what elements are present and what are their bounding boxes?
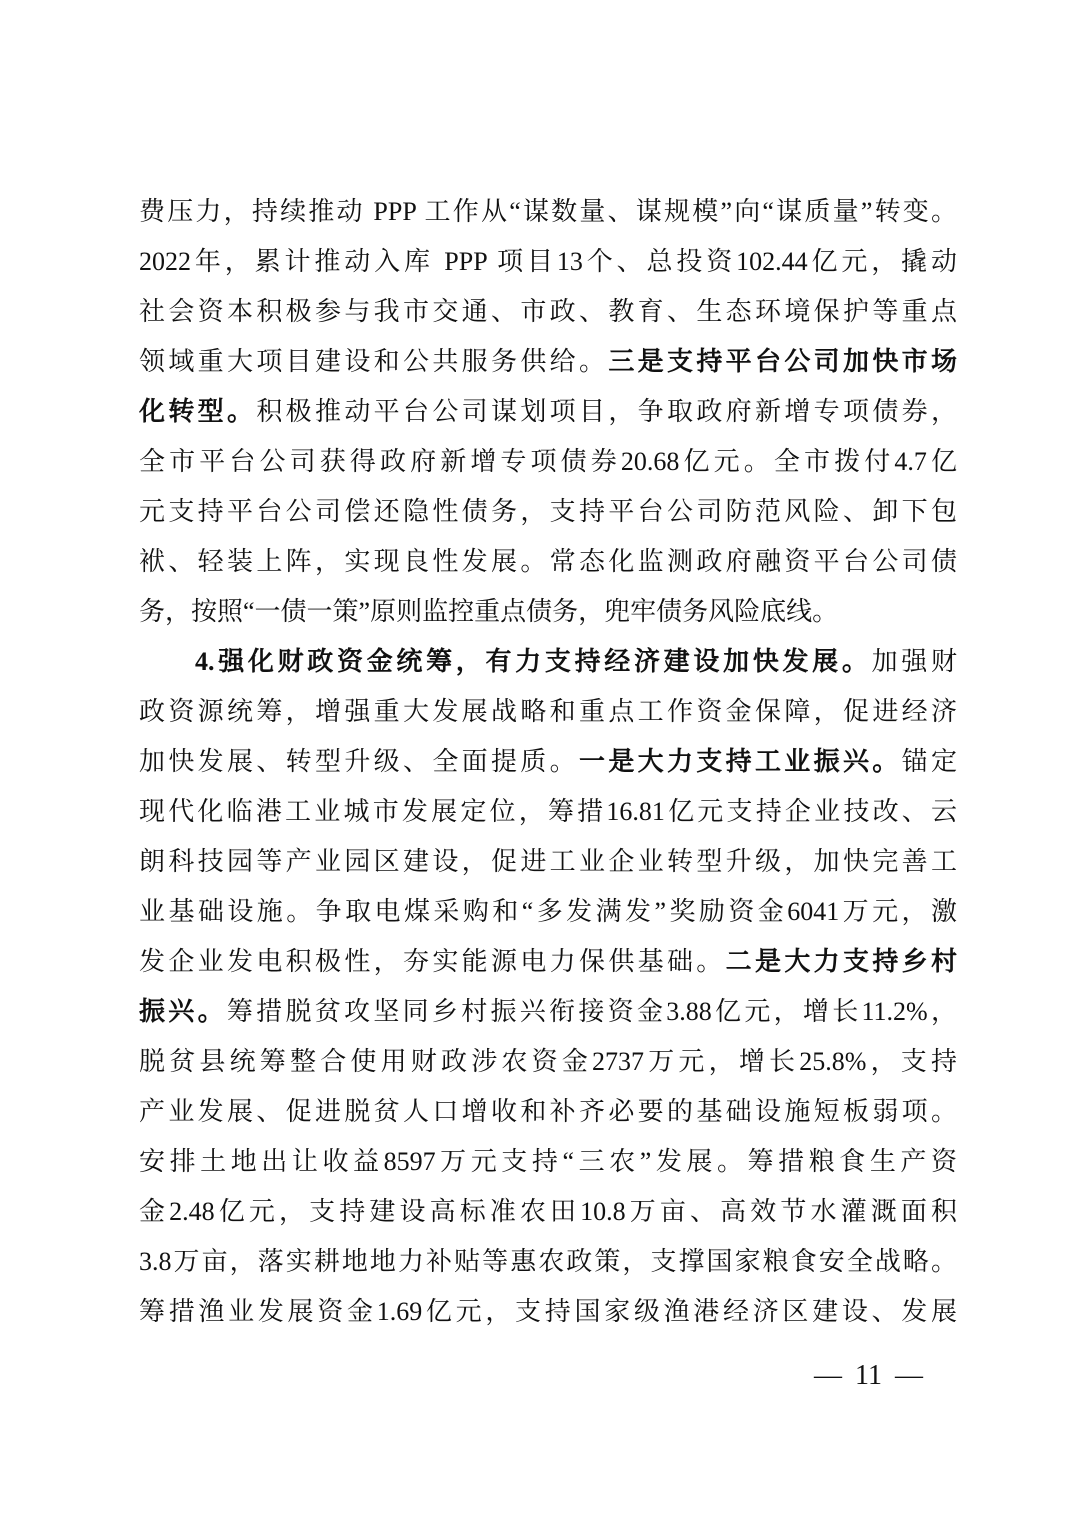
text-run: 朗科技园等产业园区建设，促进工业企业转型升级，加快完善工: [139, 847, 957, 876]
text-run: 筹措脱贫攻坚同乡村振兴衔接资金3.88亿元，增长11.2%，: [227, 997, 957, 1026]
text-run: 3.8万亩，落实耕地地力补贴等惠农政策，支撑国家粮食安全战略。: [139, 1247, 957, 1276]
bold-text-run: 三是支持平台公司加快市场: [608, 347, 957, 376]
text-run: 社会资本积极参与我市交通、市政、教育、生态环境保护等重点: [139, 297, 957, 326]
bold-text-run: 一是大力支持工业振兴。: [579, 747, 902, 776]
text-line: 业基础设施。争取电煤采购和“多发满发”奖励资金6041万元，激: [139, 887, 957, 937]
text-run: 筹措渔业发展资金1.69亿元，支持国家级渔港经济区建设、发展: [139, 1297, 957, 1326]
text-line: 费压力，持续推动 PPP 工作从“谋数量、谋规模”向“谋质量”转变。: [139, 187, 957, 237]
text-run: 政资源统筹，增强重大发展战略和重点工作资金保障，促进经济: [139, 697, 957, 726]
footer-dash-right: —: [895, 1360, 923, 1392]
text-line: 筹措渔业发展资金1.69亿元，支持国家级渔港经济区建设、发展: [139, 1287, 957, 1337]
text-run: 安排土地出让收益8597万元支持“三农”发展。筹措粮食生产资: [139, 1147, 957, 1176]
bold-text-run: 化转型。: [139, 397, 256, 426]
text-run: 脱贫县统筹整合使用财政涉农资金2737万元，增长25.8%，支持: [139, 1047, 957, 1076]
text-run: 全市平台公司获得政府新增专项债券20.68亿元。全市拨付4.7亿: [139, 447, 957, 476]
text-line: 化转型。积极推动平台公司谋划项目，争取政府新增专项债券，: [139, 387, 957, 437]
text-run: 领域重大项目建设和公共服务供给。: [139, 347, 608, 376]
text-run: 加快发展、转型升级、全面提质。: [139, 747, 579, 776]
text-run: 元支持平台公司偿还隐性债务，支持平台公司防范风险、卸下包: [139, 497, 957, 526]
paragraph: 费压力，持续推动 PPP 工作从“谋数量、谋规模”向“谋质量”转变。2022年，…: [139, 187, 957, 637]
text-line: 发企业发电积极性，夯实能源电力保供基础。二是大力支持乡村: [139, 937, 957, 987]
text-line: 产业发展、促进脱贫人口增收和补齐必要的基础设施短板弱项。: [139, 1087, 957, 1137]
text-line: 现代化临港工业城市发展定位，筹措16.81亿元支持企业技改、云: [139, 787, 957, 837]
document-body: 费压力，持续推动 PPP 工作从“谋数量、谋规模”向“谋质量”转变。2022年，…: [139, 187, 957, 1337]
text-line: 袱、轻装上阵，实现良性发展。常态化监测政府融资平台公司债: [139, 537, 957, 587]
bold-text-run: 4.强化财政资金统筹，有力支持经济建设加快发展。: [195, 647, 872, 676]
text-line: 加快发展、转型升级、全面提质。一是大力支持工业振兴。锚定: [139, 737, 957, 787]
page-number: 11: [855, 1360, 882, 1392]
footer-dash-left: —: [814, 1360, 842, 1392]
text-run: 2022年，累计推动入库 PPP 项目13个、总投资102.44亿元，撬动: [139, 247, 957, 276]
text-run: 现代化临港工业城市发展定位，筹措16.81亿元支持企业技改、云: [139, 797, 957, 826]
text-line: 朗科技园等产业园区建设，促进工业企业转型升级，加快完善工: [139, 837, 957, 887]
text-run: 费压力，持续推动 PPP 工作从“谋数量、谋规模”向“谋质量”转变。: [139, 197, 957, 226]
text-line: 社会资本积极参与我市交通、市政、教育、生态环境保护等重点: [139, 287, 957, 337]
text-line: 政资源统筹，增强重大发展战略和重点工作资金保障，促进经济: [139, 687, 957, 737]
bold-text-run: 振兴。: [139, 997, 227, 1026]
text-line: 金2.48亿元，支持建设高标准农田10.8万亩、高效节水灌溉面积: [139, 1187, 957, 1237]
bold-text-run: 二是大力支持乡村: [726, 947, 957, 976]
text-line: 3.8万亩，落实耕地地力补贴等惠农政策，支撑国家粮食安全战略。: [139, 1237, 957, 1287]
text-line: 领域重大项目建设和公共服务供给。三是支持平台公司加快市场: [139, 337, 957, 387]
page-number-footer: — 11 —: [814, 1360, 923, 1392]
text-run: 业基础设施。争取电煤采购和“多发满发”奖励资金6041万元，激: [139, 897, 957, 926]
text-line: 全市平台公司获得政府新增专项债券20.68亿元。全市拨付4.7亿: [139, 437, 957, 487]
text-run: 积极推动平台公司谋划项目，争取政府新增专项债券，: [256, 397, 957, 426]
text-line: 脱贫县统筹整合使用财政涉农资金2737万元，增长25.8%，支持: [139, 1037, 957, 1087]
text-run: 产业发展、促进脱贫人口增收和补齐必要的基础设施短板弱项。: [139, 1097, 957, 1126]
text-run: 发企业发电积极性，夯实能源电力保供基础。: [139, 947, 726, 976]
text-line: 2022年，累计推动入库 PPP 项目13个、总投资102.44亿元，撬动: [139, 237, 957, 287]
text-run: 务，按照“一债一策”原则监控重点债务，兜牢债务风险底线。: [139, 597, 838, 626]
text-run: 袱、轻装上阵，实现良性发展。常态化监测政府融资平台公司债: [139, 547, 957, 576]
text-run: 金2.48亿元，支持建设高标准农田10.8万亩、高效节水灌溉面积: [139, 1197, 957, 1226]
text-line: 元支持平台公司偿还隐性债务，支持平台公司防范风险、卸下包: [139, 487, 957, 537]
text-line: 振兴。筹措脱贫攻坚同乡村振兴衔接资金3.88亿元，增长11.2%，: [139, 987, 957, 1037]
text-run: 加强财: [872, 647, 957, 676]
text-run: 锚定: [902, 747, 957, 776]
paragraph: 4.强化财政资金统筹，有力支持经济建设加快发展。加强财政资源统筹，增强重大发展战…: [139, 637, 957, 1337]
text-line: 安排土地出让收益8597万元支持“三农”发展。筹措粮食生产资: [139, 1137, 957, 1187]
text-line: 务，按照“一债一策”原则监控重点债务，兜牢债务风险底线。: [139, 587, 957, 637]
document-page: 费压力，持续推动 PPP 工作从“谋数量、谋规模”向“谋质量”转变。2022年，…: [0, 0, 1074, 1520]
text-line: 4.强化财政资金统筹，有力支持经济建设加快发展。加强财: [139, 637, 957, 687]
